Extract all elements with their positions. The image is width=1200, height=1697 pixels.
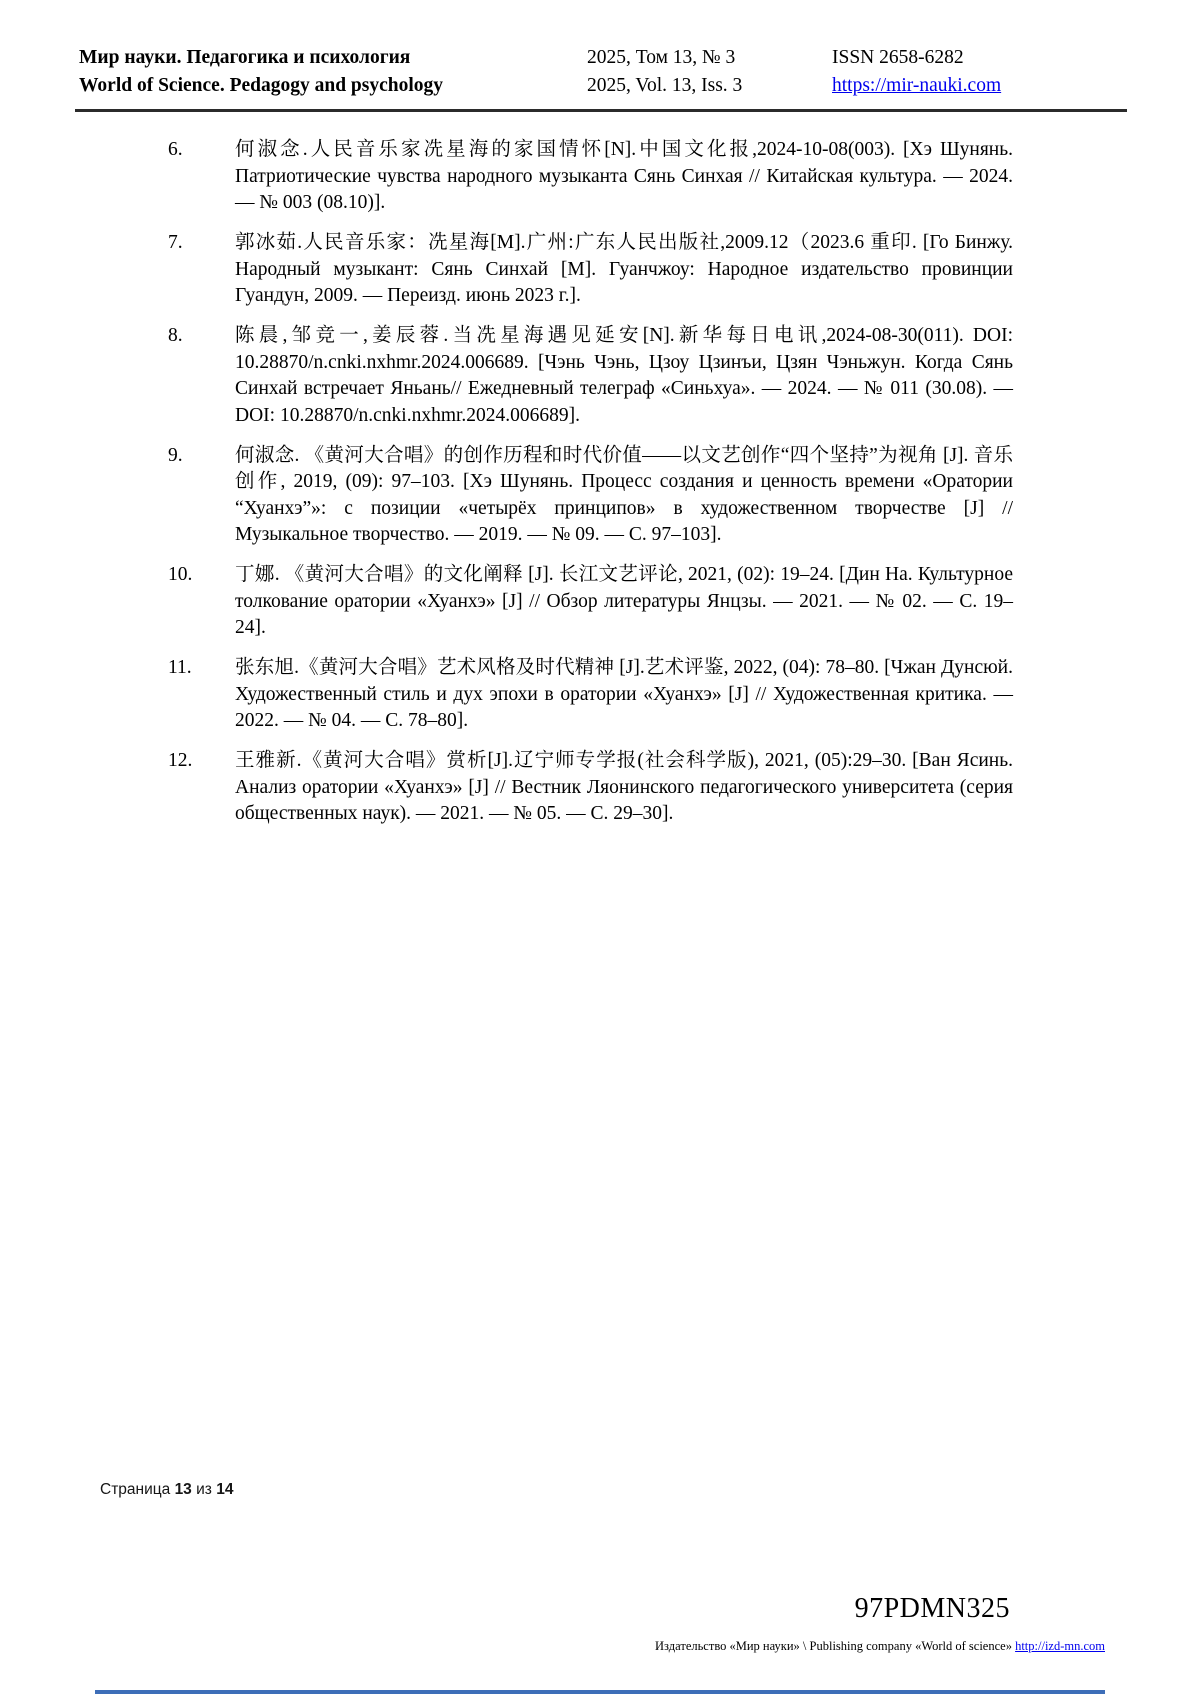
reference-item: 6. 何淑念.人民音乐家冼星海的家国情怀[N].中国文化报,2024-10-08… <box>168 137 1013 217</box>
reference-text: 王雅新.《黄河大合唱》赏析[J].辽宁师专学报(社会科学版), 2021, (0… <box>235 748 1013 828</box>
reference-number: 10. <box>168 562 235 642</box>
reference-item: 10. 丁娜. 《黄河大合唱》的文化阐释 [J]. 长江文艺评论, 2021, … <box>168 562 1013 642</box>
reference-text: 张东旭.《黄河大合唱》艺术风格及时代精神 [J].艺术评鉴, 2022, (04… <box>235 655 1013 735</box>
reference-text: 何淑念. 《黄河大合唱》的创作历程和时代价值——以文艺创作“四个坚持”为视角 [… <box>235 443 1013 549</box>
page-label: Страница <box>100 1481 170 1498</box>
reference-number: 12. <box>168 748 235 828</box>
reference-number: 9. <box>168 443 235 549</box>
journal-site-link[interactable]: https://mir-nauki.com <box>832 75 1001 96</box>
reference-item: 7. 郭冰茹.人民音乐家：冼星海[M].广州:广东人民出版社,2009.12（2… <box>168 230 1013 310</box>
reference-item: 11. 张东旭.《黄河大合唱》艺术风格及时代精神 [J].艺术评鉴, 2022,… <box>168 655 1013 735</box>
page-number: Страница 13 из 14 <box>100 1481 233 1499</box>
page-of-label: из <box>196 1481 212 1498</box>
publisher-line: Издательство «Мир науки» \ Publishing co… <box>655 1639 1105 1654</box>
reference-number: 8. <box>168 323 235 429</box>
bottom-divider <box>95 1690 1105 1694</box>
journal-title-ru: Мир науки. Педагогика и психология <box>79 44 587 72</box>
issue-info-en: 2025, Vol. 13, Iss. 3 <box>587 72 832 100</box>
reference-item: 8. 陈晨,邹竞一,姜辰蓉.当冼星海遇见延安[N].新华每日电讯,2024-08… <box>168 323 1013 429</box>
page-current: 13 <box>175 1481 192 1498</box>
article-id: 97PDMN325 <box>855 1593 1010 1625</box>
issn-label: ISSN 2658-6282 <box>832 44 1127 72</box>
reference-text: 郭冰茹.人民音乐家：冼星海[M].广州:广东人民出版社,2009.12（2023… <box>235 230 1013 310</box>
reference-number: 7. <box>168 230 235 310</box>
reference-item: 12. 王雅新.《黄河大合唱》赏析[J].辽宁师专学报(社会科学版), 2021… <box>168 748 1013 828</box>
references-list: 6. 何淑念.人民音乐家冼星海的家国情怀[N].中国文化报,2024-10-08… <box>168 137 1013 841</box>
reference-text: 陈晨,邹竞一,姜辰蓉.当冼星海遇见延安[N].新华每日电讯,2024-08-30… <box>235 323 1013 429</box>
issue-info-block: 2025, Том 13, № 3 2025, Vol. 13, Iss. 3 <box>587 44 832 100</box>
reference-number: 6. <box>168 137 235 217</box>
issn-block: ISSN 2658-6282 https://mir-nauki.com <box>832 44 1127 100</box>
reference-item: 9. 何淑念. 《黄河大合唱》的创作历程和时代价值——以文艺创作“四个坚持”为视… <box>168 443 1013 549</box>
reference-number: 11. <box>168 655 235 735</box>
reference-text: 丁娜. 《黄河大合唱》的文化阐释 [J]. 长江文艺评论, 2021, (02)… <box>235 562 1013 642</box>
reference-text: 何淑念.人民音乐家冼星海的家国情怀[N].中国文化报,2024-10-08(00… <box>235 137 1013 217</box>
journal-header: Мир науки. Педагогика и психология World… <box>75 44 1127 112</box>
publisher-link[interactable]: http://izd-mn.com <box>1015 1639 1105 1653</box>
page-total: 14 <box>216 1481 233 1498</box>
publisher-text: Издательство «Мир науки» \ Publishing co… <box>655 1639 1012 1653</box>
journal-title-block: Мир науки. Педагогика и психология World… <box>75 44 587 100</box>
document-page: Мир науки. Педагогика и психология World… <box>0 0 1200 1697</box>
issue-info-ru: 2025, Том 13, № 3 <box>587 44 832 72</box>
journal-title-en: World of Science. Pedagogy and psycholog… <box>79 72 587 100</box>
